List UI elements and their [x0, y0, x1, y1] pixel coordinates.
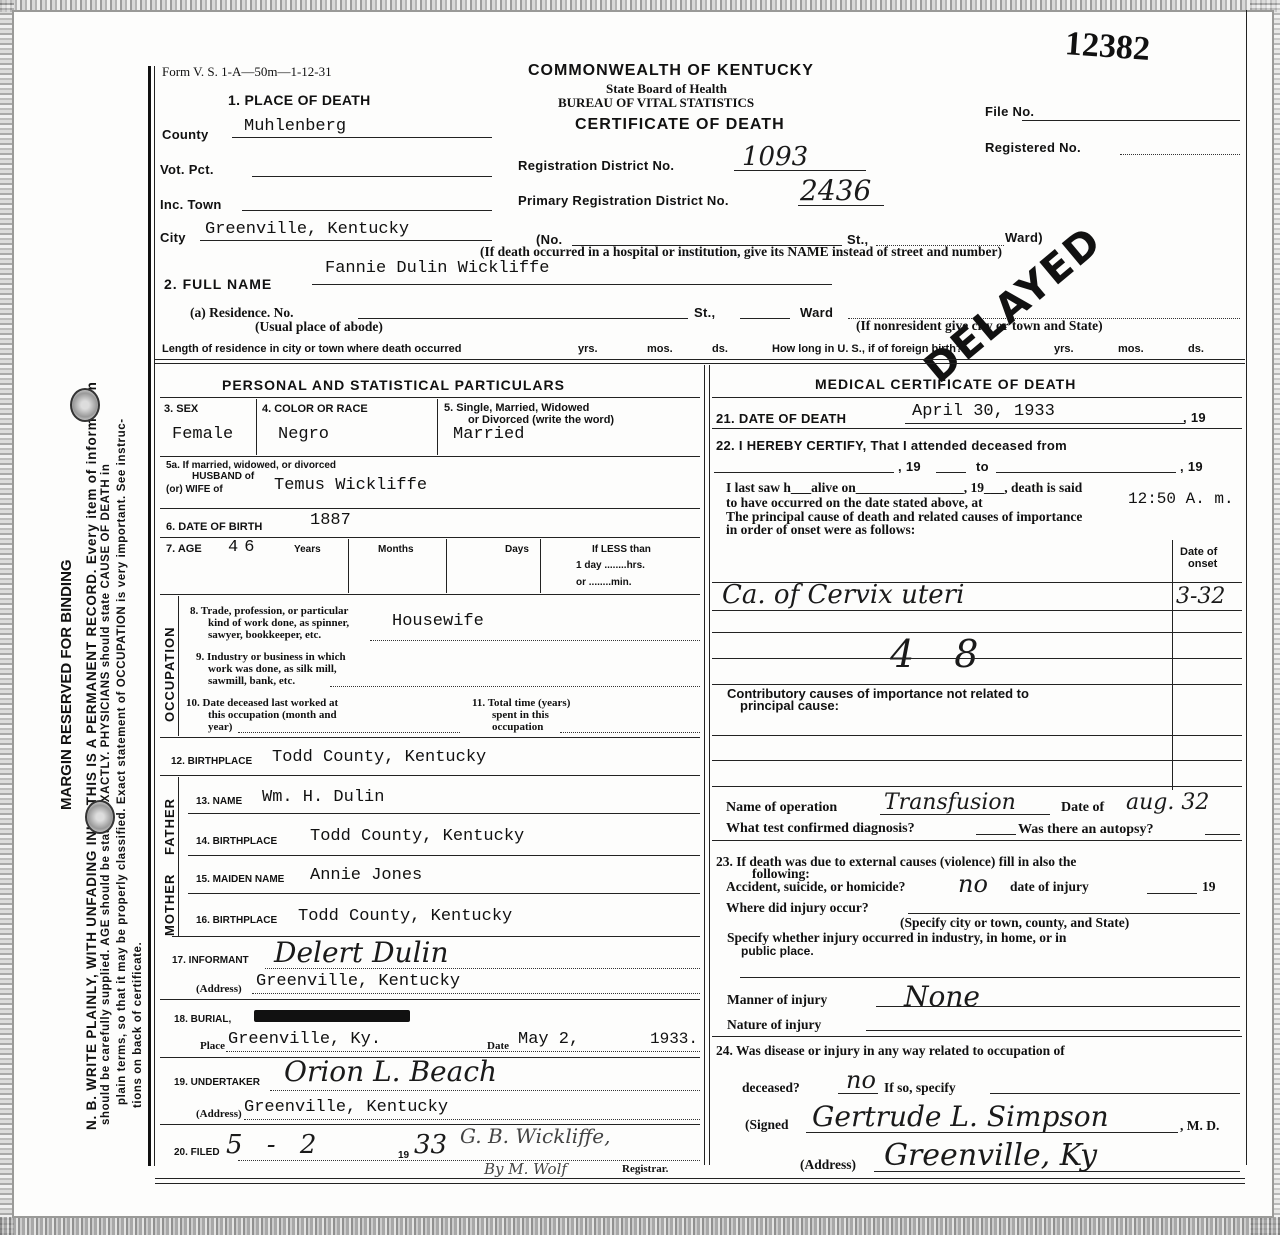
deceased-label: deceased?: [742, 1080, 800, 1096]
age-label: 7. AGE: [166, 543, 202, 555]
informant-address-field[interactable]: [252, 993, 700, 994]
informant-label: 17. INFORMANT: [172, 955, 249, 966]
nature-field[interactable]: [866, 1030, 1240, 1031]
if-so-label: If so, specify: [884, 1080, 956, 1096]
cause-2-value: 4 8: [890, 632, 992, 676]
undertaker-field[interactable]: [270, 1090, 700, 1091]
us-mos-label: mos.: [1118, 343, 1144, 355]
industry-field[interactable]: [330, 686, 700, 687]
residence-ward-label: Ward: [800, 305, 833, 320]
specify-label-2: public place.: [741, 944, 814, 958]
divider-top-section: [155, 359, 1245, 360]
where-sub-label: (Specify city or town, county, and State…: [900, 915, 1129, 931]
frame-left-inner: [154, 66, 155, 1166]
row-divider-21: [712, 428, 1242, 429]
attended-from-field[interactable]: [714, 472, 894, 473]
cause-line-1[interactable]: [712, 610, 1242, 611]
mother-side-label: MOTHER: [162, 874, 177, 936]
sex-race-divider: [256, 399, 257, 455]
length-ds-label: ds.: [712, 343, 728, 355]
physician-address-label: (Address): [800, 1157, 856, 1173]
trade-label-1: 8. Trade, profession, or particular: [190, 605, 348, 617]
attended-to-year: , 19: [1180, 459, 1203, 474]
date-of-onset-label-1: Date of: [1180, 546, 1217, 558]
registration-district-value: 1093: [742, 142, 808, 172]
attended-to-label: to: [976, 459, 989, 474]
page-title: CERTIFICATE OF DEATH: [575, 116, 785, 134]
days-label: Days: [505, 544, 529, 555]
county-value: Muhlenberg: [244, 117, 346, 136]
contributory-label-2: principal cause:: [740, 698, 839, 713]
attended-to-field[interactable]: [996, 472, 1176, 473]
manner-field[interactable]: [876, 1006, 1240, 1007]
date-of-death-year: , 19: [1183, 410, 1206, 425]
margin-binding-note: MARGIN RESERVED FOR BINDING: [58, 559, 75, 810]
accident-value: no: [958, 870, 988, 898]
date-of-death-field[interactable]: [905, 423, 1185, 424]
physician-address-field[interactable]: [874, 1171, 1240, 1172]
last-worked-label-1: 10. Date deceased last worked at: [186, 697, 338, 709]
mother-birthplace-value: Todd County, Kentucky: [298, 907, 512, 926]
margin-instruction-4: tions on back of certificate.: [132, 942, 144, 1108]
trade-field[interactable]: [370, 640, 700, 641]
operation-label: Name of operation: [726, 800, 837, 816]
file-no-label: File No.: [985, 104, 1034, 119]
registrar-label: Registrar.: [622, 1163, 668, 1175]
us-ds-label: ds.: [1188, 343, 1204, 355]
filed-date-value: 5 - 2: [226, 1130, 324, 1160]
filed-year-value: 33: [414, 1130, 447, 1160]
total-time-label-3: occupation: [492, 721, 543, 733]
form-id: Form V. S. 1-A—50m—1-12-31: [162, 64, 332, 80]
time-of-death-value: 12:50 A. m.: [1128, 490, 1234, 508]
spouse-label-3: (or) WIFE of: [166, 484, 223, 495]
frame-left: [148, 66, 151, 1166]
length-of-residence-label: Length of residence in city or town wher…: [162, 343, 462, 355]
residence-street-label: St.,: [694, 305, 715, 320]
date-of-death-value: April 30, 1933: [912, 402, 1055, 421]
race-value: Negro: [278, 425, 329, 444]
race-label: 4. COLOR OR RACE: [262, 403, 368, 415]
undertaker-label: 19. UNDERTAKER: [174, 1077, 260, 1088]
hospital-note: (If death occurred in a hospital or inst…: [480, 244, 1002, 260]
residence-no-field[interactable]: [358, 318, 688, 319]
father-name-label: 13. NAME: [196, 796, 242, 807]
row-divider-17: [160, 999, 700, 1000]
age-divider-3: [540, 539, 541, 593]
row-divider-15: [188, 893, 700, 894]
contributory-line-1[interactable]: [712, 735, 1242, 736]
undertaker-address-label: (Address): [196, 1108, 242, 1120]
city-field[interactable]: [200, 240, 492, 241]
cause-1-onset-value: 3-32: [1176, 584, 1225, 609]
registered-no-label: Registered No.: [985, 140, 1081, 155]
margin-instruction-1: N. B. WRITE PLAINLY, WITH UNFADING INK—T…: [84, 381, 99, 1130]
frame-bottom-2: [155, 1183, 1245, 1184]
city-label: City: [160, 230, 186, 245]
last-worked-label-3: year): [208, 721, 232, 733]
total-time-label-1: 11. Total time (years): [472, 697, 570, 709]
registration-district-label: Registration District No.: [518, 158, 674, 173]
margin-instruction-2: should be carefully supplied. AGE should…: [100, 464, 112, 1125]
total-time-field[interactable]: [560, 732, 700, 733]
autopsy-field[interactable]: [1205, 834, 1240, 835]
spouse-label-2: HUSBAND of: [192, 471, 254, 482]
registered-no-field[interactable]: [1120, 154, 1240, 155]
county-label: County: [162, 127, 209, 142]
cause-1-value: Ca. of Cervix uteri: [722, 580, 964, 610]
full-name-label: 2. FULL NAME: [164, 276, 272, 292]
column-divider: [704, 365, 705, 1165]
last-saw-label: I last saw h___alive on________________,…: [726, 480, 1082, 496]
informant-address-label: (Address): [196, 983, 242, 995]
spouse-value: Temus Wickliffe: [274, 476, 427, 495]
medical-title-divider: [712, 397, 1242, 398]
principal-cause-label-2: in order of onset were as follows:: [726, 523, 915, 536]
physician-signature: Gertrude L. Simpson: [812, 1100, 1109, 1133]
accident-label: Accident, suicide, or homicide?: [726, 879, 905, 895]
header-bureau: BUREAU OF VITAL STATISTICS: [558, 95, 754, 111]
undertaker-address-field[interactable]: [244, 1119, 700, 1120]
inc-town-field[interactable]: [242, 210, 492, 211]
certify-label: 22. I HEREBY CERTIFY, That I attended de…: [716, 438, 1067, 453]
scan-edge-bottom: [0, 1217, 1280, 1235]
less-than-label: If LESS than: [592, 544, 651, 555]
nature-label: Nature of injury: [727, 1017, 821, 1033]
frame-bottom: [155, 1178, 1245, 1179]
mother-maiden-label: 15. MAIDEN NAME: [196, 874, 284, 885]
occupation-related-label: 24. Was disease or injury in any way rel…: [716, 1043, 1065, 1059]
date-of-injury-field[interactable]: [1147, 893, 1197, 894]
residence-sublabel: (Usual place of abode): [255, 319, 383, 335]
date-of-injury-label: date of injury: [1010, 879, 1089, 895]
row-divider-22: [712, 840, 1242, 841]
date-of-death-label: 21. DATE OF DEATH: [716, 411, 846, 426]
burial-redaction: [254, 1010, 410, 1022]
deceased-field[interactable]: [838, 1093, 878, 1094]
last-worked-field[interactable]: [238, 732, 460, 733]
trade-label-3: sawyer, bookkeeper, etc.: [208, 629, 321, 641]
signed-field[interactable]: [806, 1132, 1178, 1133]
punch-hole-bottom: [85, 800, 115, 834]
manner-value: None: [904, 980, 980, 1013]
sex-value: Female: [172, 425, 233, 444]
or-min-label: or ........min.: [576, 577, 632, 588]
attended-from-year: , 19: [898, 459, 921, 474]
county-field[interactable]: [232, 137, 492, 138]
divider-top-section-2: [155, 363, 1245, 364]
birthplace-label: 12. BIRTHPLACE: [171, 756, 252, 767]
father-side-label: FATHER: [162, 798, 177, 855]
full-name-value: Fannie Dulin Wickliffe: [325, 259, 549, 278]
date-of-onset-label-2: onset: [1188, 558, 1217, 570]
age-divider-1: [348, 539, 349, 593]
father-name-value: Wm. H. Dulin: [262, 788, 384, 807]
margin-instruction-3: plain terms, so that it may be properly …: [116, 418, 128, 1105]
registration-district-field[interactable]: [734, 170, 866, 171]
autopsy-label: Was there an autopsy?: [1018, 822, 1153, 838]
primary-district-label: Primary Registration District No.: [518, 193, 729, 208]
medical-section-title: MEDICAL CERTIFICATE OF DEATH: [815, 376, 1076, 392]
filed-label: 20. FILED: [174, 1147, 220, 1158]
father-birthplace-label: 14. BIRTHPLACE: [196, 836, 277, 847]
marital-value: Married: [453, 425, 524, 444]
undertaker-signature: Orion L. Beach: [284, 1055, 497, 1088]
row-divider-5a: [160, 508, 700, 509]
if-so-field[interactable]: [990, 1093, 1240, 1094]
trade-value: Housewife: [392, 612, 484, 631]
sex-label: 3. SEX: [164, 403, 198, 415]
city-value: Greenville, Kentucky: [205, 220, 409, 239]
trade-label-2: kind of work done, as spinner,: [208, 617, 349, 629]
birthplace-value: Todd County, Kentucky: [272, 748, 486, 767]
total-time-label-2: spent in this: [492, 709, 549, 721]
row-divider-14: [188, 855, 700, 856]
ward-label: Ward): [1005, 230, 1043, 245]
registrar-by: By M. Wolf: [484, 1160, 567, 1178]
row-divider-7: [160, 594, 700, 595]
spouse-label-1: 5a. If married, widowed, or divorced: [166, 460, 336, 471]
row-divider-5: [160, 456, 700, 457]
onset-column-divider: [1172, 540, 1173, 790]
row-divider-13: [188, 813, 700, 814]
marital-label-1: 5. Single, Married, Widowed: [444, 402, 589, 414]
primary-district-value: 2436: [800, 174, 871, 207]
father-birthplace-value: Todd County, Kentucky: [310, 827, 524, 846]
burial-field[interactable]: [226, 1051, 700, 1052]
dob-value: 1887: [310, 511, 351, 530]
age-years-value: 46: [228, 538, 260, 557]
where-label: Where did injury occur?: [726, 900, 869, 916]
frame-right: [1246, 10, 1247, 1165]
burial-place-value: Greenville, Ky.: [228, 1030, 381, 1049]
place-of-death-label: 1. PLACE OF DEATH: [228, 92, 371, 108]
length-mos-label: mos.: [647, 343, 673, 355]
burial-date-value: May 2,: [518, 1030, 579, 1049]
age-divider-2: [446, 539, 447, 593]
where-field[interactable]: [908, 913, 1240, 914]
inc-town-label: Inc. Town: [160, 197, 222, 212]
specify-field[interactable]: [740, 977, 1240, 978]
row-divider-23: [712, 1036, 1242, 1037]
burial-place-label: Place: [200, 1040, 225, 1052]
operation-date-label: Date of: [1061, 800, 1104, 816]
burial-year-value: 1933.: [650, 1030, 698, 1048]
cause-line-3[interactable]: [712, 658, 1242, 659]
column-divider-2: [709, 365, 710, 1165]
last-worked-label-2: this occupation (month and: [208, 709, 337, 721]
informant-signature: Delert Dulin: [274, 936, 449, 969]
contributory-line-2[interactable]: [712, 760, 1242, 761]
personal-title-divider: [160, 397, 700, 398]
one-day-label: 1 day ........hrs.: [576, 560, 645, 571]
operation-value: Transfusion: [884, 790, 1016, 815]
vot-pct-label: Vot. Pct.: [160, 162, 214, 177]
years-label: Years: [294, 544, 321, 555]
parents-side-divider: [178, 777, 179, 937]
deceased-value: no: [846, 1066, 876, 1094]
attended-from-year-field[interactable]: [936, 472, 966, 473]
md-label: , M. D.: [1180, 1118, 1219, 1134]
injury-year-label: 19: [1202, 879, 1216, 895]
personal-section-title: PERSONAL AND STATISTICAL PARTICULARS: [222, 377, 565, 393]
row-divider-11: [160, 737, 700, 738]
test-label: What test confirmed diagnosis?: [726, 821, 915, 837]
operation-field[interactable]: [880, 814, 1050, 815]
race-marital-divider: [437, 399, 438, 455]
dob-label: 6. DATE OF BIRTH: [166, 521, 262, 533]
informant-field[interactable]: [265, 968, 700, 969]
undertaker-address-value: Greenville, Kentucky: [244, 1098, 448, 1117]
industry-label-1: 9. Industry or business in which: [196, 651, 346, 663]
vot-pct-field[interactable]: [252, 176, 492, 177]
header-state: COMMONWEALTH OF KENTUCKY: [528, 62, 814, 80]
file-no-field[interactable]: [1022, 120, 1240, 121]
cause-line-4[interactable]: [712, 684, 1242, 685]
occupation-side-label: OCCUPATION: [162, 627, 177, 722]
residence-street-field[interactable]: [740, 318, 790, 319]
signed-label: (Signed: [745, 1117, 789, 1133]
us-yrs-label: yrs.: [1054, 343, 1074, 355]
industry-label-3: sawmill, bank, etc.: [208, 675, 295, 687]
industry-label-2: work was done, as silk mill,: [208, 663, 337, 675]
primary-district-field[interactable]: [798, 205, 884, 206]
length-yrs-label: yrs.: [578, 343, 598, 355]
full-name-field[interactable]: [312, 284, 832, 285]
contributory-line-3[interactable]: [712, 786, 1242, 787]
registrar-name: G. B. Wickliffe,: [460, 1124, 610, 1148]
mother-maiden-value: Annie Jones: [310, 866, 422, 885]
punch-hole-top: [70, 388, 100, 422]
row-divider-12: [160, 775, 700, 776]
manner-label: Manner of injury: [727, 992, 827, 1008]
months-label: Months: [378, 544, 414, 555]
burial-label: 18. BURIAL,: [174, 1014, 231, 1025]
operation-date-value: aug. 32: [1126, 790, 1209, 815]
certificate-number: 12382: [1064, 25, 1151, 69]
row-divider-19: [160, 1124, 700, 1125]
occupation-side-divider: [178, 596, 179, 736]
physician-address-value: Greenville, Ky: [884, 1138, 1097, 1173]
test-field[interactable]: [976, 834, 1016, 835]
mother-birthplace-label: 16. BIRTHPLACE: [196, 915, 277, 926]
filed-field[interactable]: [238, 1160, 700, 1161]
informant-address-value: Greenville, Kentucky: [256, 972, 460, 991]
